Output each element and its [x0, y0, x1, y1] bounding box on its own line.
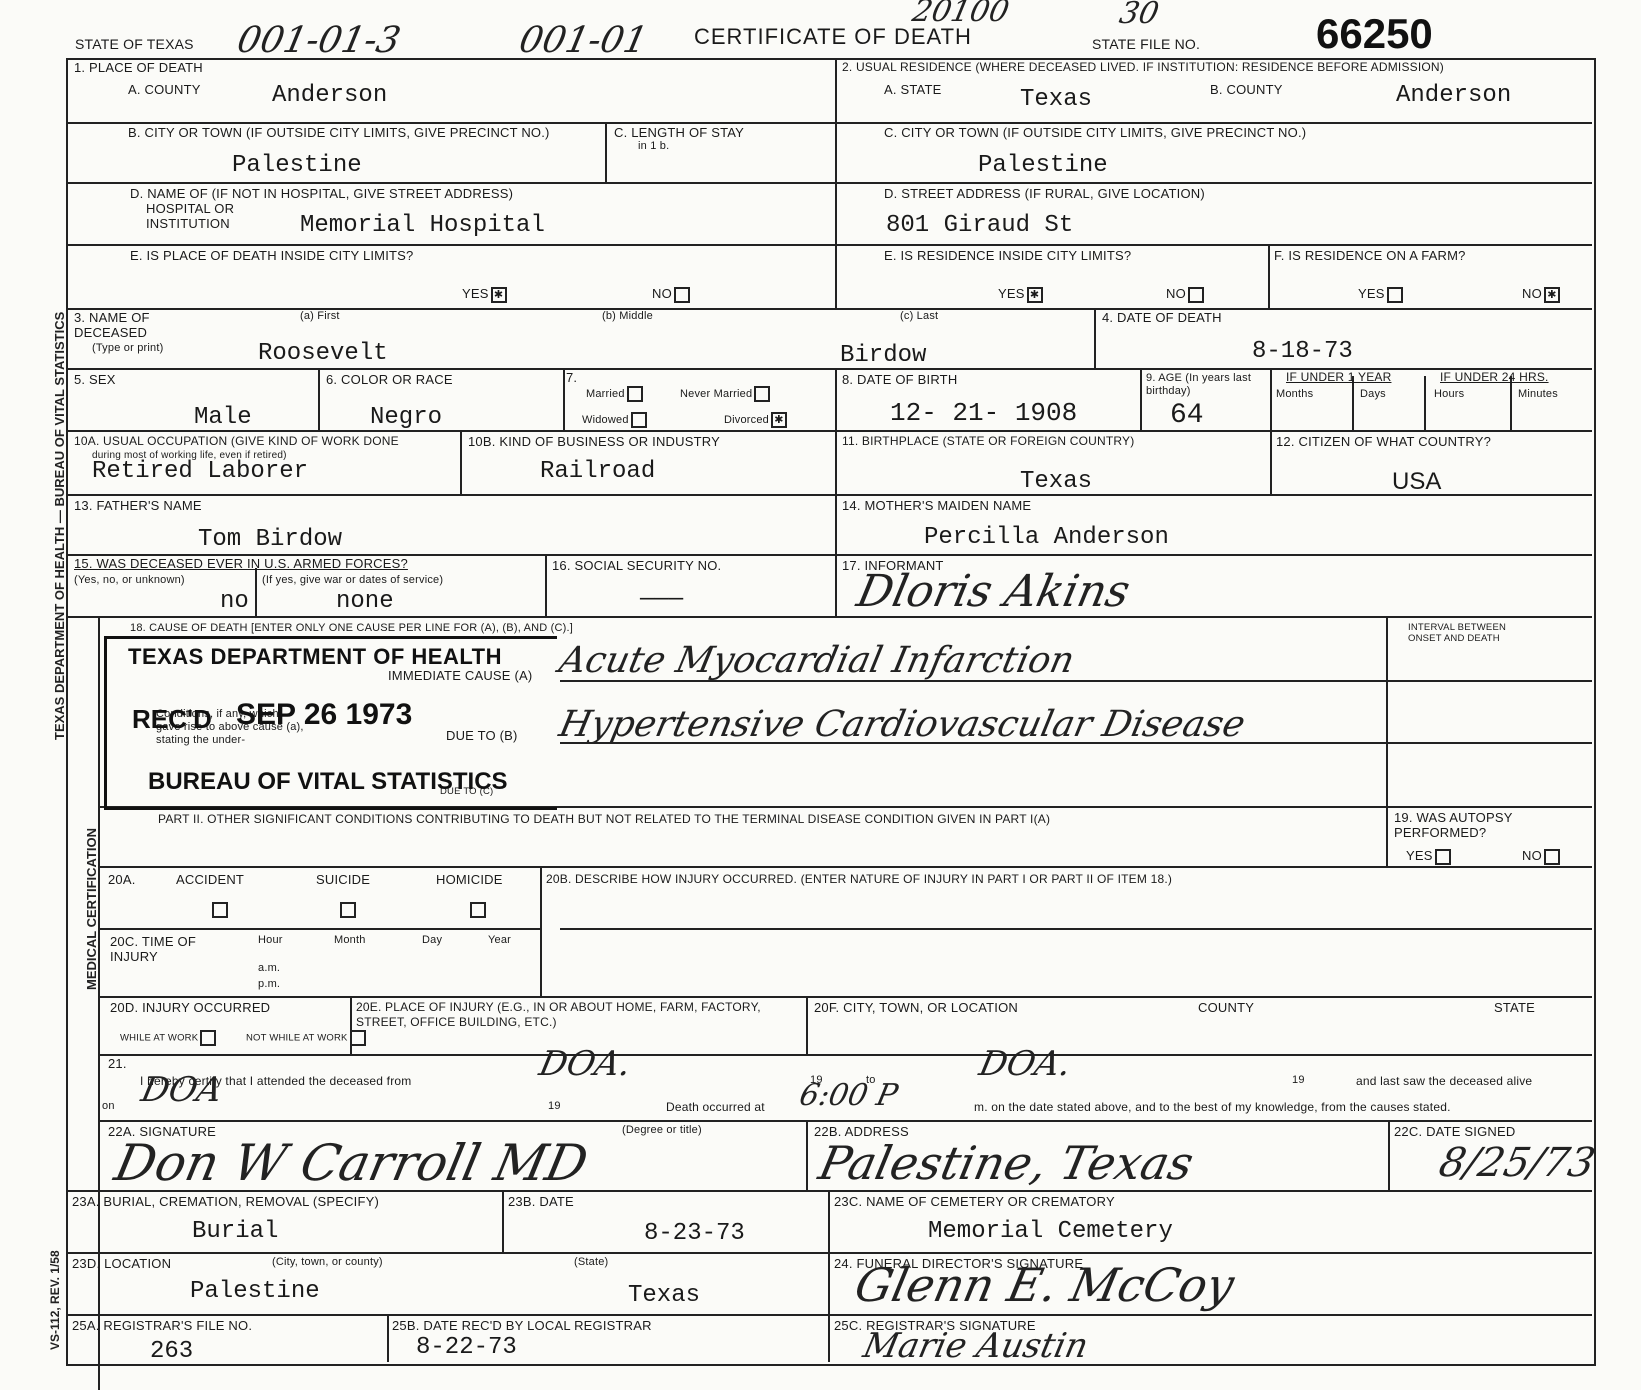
occupation-value[interactable]: Retired Laborer [92, 458, 308, 485]
middle-name-label: (b) Middle [602, 310, 653, 322]
place-of-death-label: 1. PLACE OF DEATH [74, 60, 203, 75]
divider [1352, 376, 1354, 430]
father-value[interactable]: Tom Birdow [198, 526, 342, 553]
marital-label: 7. [566, 370, 577, 385]
divider [387, 1314, 389, 1362]
race-value[interactable]: Negro [370, 404, 442, 431]
checkbox-yes[interactable] [1387, 287, 1403, 303]
form-revision-label: VS-112, REV. 1/58 [48, 1250, 62, 1350]
hours-label: Hours [1434, 388, 1464, 400]
divider [98, 1054, 1592, 1056]
divider [255, 568, 257, 616]
divider [66, 494, 1592, 496]
cemetery-value[interactable]: Memorial Cemetery [928, 1218, 1173, 1245]
death-county-value[interactable]: Anderson [272, 82, 387, 109]
divider [828, 1190, 830, 1362]
homicide-label: HOMICIDE [436, 872, 503, 887]
checkbox-married[interactable] [627, 386, 643, 402]
armed-forces-label: 15. WAS DECEASED EVER IN U.S. ARMED FORC… [74, 556, 408, 571]
degree-label: (Degree or title) [622, 1124, 702, 1136]
checkbox-yes[interactable]: ✱ [1027, 287, 1043, 303]
hospital-label: d. NAME OF (If not in hospital, give str… [130, 186, 513, 201]
mother-label: 14. MOTHER'S MAIDEN NAME [842, 498, 1031, 513]
describe-injury-label: 20b. DESCRIBE HOW INJURY OCCURRED. (Ente… [546, 872, 1172, 886]
checkbox-no[interactable] [1188, 287, 1204, 303]
death-city-label: b. CITY OR TOWN (If outside city limits,… [128, 125, 550, 140]
registrar-signature: Marie Austin [860, 1326, 1092, 1366]
ssn-value[interactable]: ——— [640, 586, 683, 613]
never-married-option[interactable]: Never Married [680, 386, 770, 402]
residence-inside-yes[interactable]: YES✱ [998, 286, 1043, 303]
divider [98, 866, 1592, 868]
registrar-file-value[interactable]: 263 [150, 1338, 193, 1365]
date-signed-value[interactable]: 8/25/73 [1435, 1140, 1599, 1186]
armed-sub-2: (If yes, give war or dates of service) [262, 574, 443, 586]
while-at-work-option[interactable]: WHILE AT WORK [120, 1030, 216, 1046]
divider [66, 182, 1592, 184]
attended-from-value[interactable]: DOA. [536, 1044, 635, 1084]
divider [66, 244, 1592, 246]
divider [98, 996, 1592, 998]
street-address-label: d. STREET ADDRESS (If rural, give locati… [884, 186, 1205, 201]
funeral-director-signature: Glenn E. McCoy [850, 1258, 1239, 1312]
date-received-label: 25b. DATE REC'D BY LOCAL REGISTRAR [392, 1318, 652, 1333]
divider [460, 430, 462, 494]
while-at-work-label: WHILE AT WORK [120, 1033, 198, 1044]
last-saw-value[interactable]: DOA [138, 1070, 226, 1110]
farm-label: f. IS RESIDENCE ON A FARM? [1274, 248, 1466, 263]
checkbox-widowed[interactable] [631, 412, 647, 428]
informant-signature: Dloris Akins [853, 566, 1135, 617]
physician-address-value[interactable]: Palestine, Texas [814, 1136, 1198, 1190]
never-married-label: Never Married [680, 388, 752, 400]
age-label: 9. AGE (In years last birthday) [1146, 372, 1266, 398]
certification-number: 21. [108, 1056, 127, 1071]
under-24-hours-label: IF UNDER 24 HRS. [1440, 370, 1549, 384]
manner-label: 20a. [108, 872, 136, 887]
divider [1268, 244, 1270, 308]
citizen-value[interactable]: USA [1392, 468, 1441, 496]
suicide-label: SUICIDE [316, 872, 370, 887]
ssn-label: 16. SOCIAL SECURITY NO. [552, 558, 721, 573]
residence-inside-limits-label: e. IS RESIDENCE INSIDE CITY LIMITS? [884, 248, 1131, 263]
yes-label: YES [1358, 286, 1385, 301]
name-sub-label: (Type or print) [92, 342, 163, 354]
stamp-department: TEXAS DEPARTMENT OF HEALTH [128, 644, 502, 670]
sex-label: 5. SEX [74, 372, 116, 387]
injury-county-label: COUNTY [1198, 1000, 1254, 1015]
death-city-value[interactable]: Palestine [232, 152, 362, 179]
under-one-year-label: IF UNDER 1 YEAR [1286, 370, 1391, 384]
hospital-label-3: INSTITUTION [146, 216, 230, 231]
hour-label: Hour [258, 934, 283, 946]
registrar-file-label: 25a. REGISTRAR'S FILE NO. [72, 1318, 252, 1333]
divider [98, 1120, 1592, 1122]
interval-label: INTERVAL BETWEEN ONSET AND DEATH [1408, 622, 1518, 644]
farm-yes[interactable]: YES [1358, 286, 1403, 303]
yes-label: YES [1406, 848, 1433, 863]
state-file-number: 66250 [1316, 10, 1433, 58]
time-of-injury-label: 20c. TIME OF INJURY [110, 934, 220, 964]
widowed-option[interactable]: Widowed [582, 412, 647, 428]
no-label: NO [652, 286, 672, 301]
pm-label: p.m. [258, 978, 280, 990]
divorced-label: Divorced [724, 414, 769, 426]
death-inside-yes[interactable]: YES✱ [462, 286, 507, 303]
divider [1510, 376, 1512, 430]
armed-sub-1: (Yes, no, or unknown) [74, 574, 185, 586]
name-of-deceased-label: 3. NAME OF DECEASED [74, 310, 194, 340]
part-two-label: PART II. OTHER SIGNIFICANT CONDITIONS CO… [158, 812, 1050, 826]
stamp-bureau: BUREAU OF VITAL STATISTICS [148, 768, 508, 796]
burial-date-label: 23b. DATE [508, 1194, 574, 1209]
divider [563, 368, 565, 430]
date-of-death-value[interactable]: 8-18-73 [1252, 338, 1353, 365]
autopsy-no[interactable]: NO [1522, 848, 1560, 865]
residence-city-label: c. CITY OR TOWN (If outside city limits,… [884, 125, 1306, 140]
occupation-label: 10a. USUAL OCCUPATION (Give kind of work… [74, 434, 399, 448]
checkbox-never-married[interactable] [754, 386, 770, 402]
not-while-at-work-option[interactable]: NOT WHILE AT WORK [246, 1030, 366, 1046]
no-label: NO [1166, 286, 1186, 301]
divider [66, 616, 1592, 618]
department-vertical-label: TEXAS DEPARTMENT OF HEALTH — BUREAU OF V… [52, 312, 67, 740]
nineteen-label-3: 19 [548, 1100, 561, 1112]
divider [98, 616, 100, 1390]
yes-label: YES [998, 286, 1025, 301]
on-label: on [102, 1100, 115, 1112]
autopsy-label: 19. WAS AUTOPSY PERFORMED? [1394, 810, 1584, 840]
first-name-value[interactable]: Roosevelt [258, 340, 388, 367]
am-label: a.m. [258, 962, 280, 974]
accident-label: ACCIDENT [176, 872, 244, 887]
divider [1424, 376, 1426, 430]
checkbox-not-while-at-work[interactable] [350, 1030, 366, 1046]
autopsy-yes[interactable]: YES [1406, 848, 1451, 865]
checkbox-no[interactable]: ✱ [1544, 287, 1560, 303]
industry-value[interactable]: Railroad [540, 458, 655, 485]
length-of-stay-label: c. LENGTH OF STAY [614, 125, 744, 140]
burial-date-value[interactable]: 8-23-73 [644, 1220, 745, 1247]
citizen-label: 12. CITIZEN OF WHAT COUNTRY? [1276, 434, 1491, 449]
no-label: NO [1522, 286, 1542, 301]
checkbox-autopsy-yes[interactable] [1435, 849, 1451, 865]
first-name-label: (a) First [300, 310, 340, 322]
divider [560, 928, 1592, 930]
residence-state-value[interactable]: Texas [1020, 86, 1092, 113]
divider [98, 928, 540, 930]
mother-value[interactable]: Percilla Anderson [924, 524, 1169, 551]
divider [605, 122, 607, 182]
due-to-b-value[interactable]: Hypertensive Cardiovascular Disease [556, 704, 1249, 745]
place-of-injury-label: 20e. PLACE OF INJURY (e.g., in or about … [356, 1000, 800, 1030]
usual-residence-label: 2. USUAL RESIDENCE (Where deceased lived… [842, 60, 1444, 74]
year-label: Year [488, 934, 511, 946]
birthplace-label: 11. BIRTHPLACE (State or foreign country… [842, 434, 1134, 448]
father-label: 13. FATHER'S NAME [74, 498, 202, 513]
married-option[interactable]: Married [586, 386, 643, 402]
not-while-at-work-label: NOT WHILE AT WORK [246, 1033, 348, 1044]
death-time-value[interactable]: 6:00 P [796, 1078, 901, 1113]
location-city-value[interactable]: Palestine [190, 1278, 320, 1305]
location-label: 23d. LOCATION [72, 1256, 171, 1271]
divider [1094, 308, 1096, 368]
handwritten-code-2: 001-01 [516, 20, 651, 61]
stamp-recd: REC'D [132, 704, 212, 735]
street-address-value[interactable]: 801 Giraud St [886, 212, 1073, 239]
disposition-value[interactable]: Burial [192, 1218, 278, 1245]
injury-state-label: STATE [1494, 1000, 1535, 1015]
handwritten-code-1: 001-01-3 [234, 20, 404, 61]
minutes-label: Minutes [1518, 388, 1558, 400]
hospital-label-2: HOSPITAL OR [146, 201, 234, 216]
race-label: 6. COLOR OR RACE [326, 372, 453, 387]
days-label: Days [1360, 388, 1386, 400]
length-of-stay-sub: in 1 b. [638, 140, 669, 152]
best-knowledge-text: m. on the date stated above, and to the … [974, 1100, 1451, 1114]
divider [1386, 806, 1388, 866]
immediate-cause-value[interactable]: Acute Myocardial Infarction [556, 640, 1078, 681]
stamp-date: SEP 26 1973 [236, 698, 412, 732]
date-signed-label: 22c. DATE SIGNED [1394, 1124, 1515, 1139]
armed-forces-value[interactable]: no [220, 588, 249, 615]
yes-label: YES [462, 286, 489, 301]
death-occurred-label: Death occurred at [666, 1100, 765, 1114]
no-label: NO [1522, 848, 1542, 863]
date-of-death-label: 4. DATE OF DEATH [1102, 310, 1222, 325]
checkbox-autopsy-no[interactable] [1544, 849, 1560, 865]
divider [545, 554, 547, 616]
location-state-sub-label: (State) [574, 1256, 608, 1268]
handwritten-above-file: 30 [1116, 0, 1162, 31]
checkbox-suicide[interactable] [340, 902, 356, 918]
dob-label: 8. DATE OF BIRTH [842, 372, 957, 387]
hospital-value[interactable]: Memorial Hospital [300, 212, 545, 239]
state-of-texas-label: STATE OF TEXAS [75, 36, 194, 52]
divider [66, 430, 1592, 432]
location-state-value[interactable]: Texas [628, 1282, 700, 1309]
state-file-label: STATE FILE NO. [1092, 36, 1200, 52]
checkbox-no[interactable] [674, 287, 690, 303]
checkbox-yes[interactable]: ✱ [491, 287, 507, 303]
divider [1388, 1120, 1390, 1190]
checkbox-while-at-work[interactable] [200, 1030, 216, 1046]
age-value[interactable]: 64 [1170, 400, 1204, 431]
checkbox-divorced[interactable]: ✱ [771, 412, 787, 428]
residence-city-value[interactable]: Palestine [978, 152, 1108, 179]
divider [540, 866, 542, 996]
residence-inside-no[interactable]: NO [1166, 286, 1204, 303]
divider [806, 996, 808, 1054]
residence-county-label: b. COUNTY [1210, 82, 1283, 97]
divider [1140, 368, 1142, 430]
residence-county-value[interactable]: Anderson [1396, 82, 1511, 109]
nineteen-label-2: 19 [1292, 1074, 1305, 1086]
residence-state-label: a. STATE [884, 82, 941, 97]
last-name-label: (c) Last [900, 310, 938, 322]
checkbox-homicide[interactable] [470, 902, 486, 918]
date-received-value[interactable]: 8-22-73 [416, 1334, 517, 1361]
injury-occurred-label: 20d. INJURY OCCURRED [110, 1000, 270, 1015]
checkbox-accident[interactable] [212, 902, 228, 918]
injury-city-label: 20f. CITY, TOWN, OR LOCATION [814, 1000, 1018, 1015]
divider [502, 1190, 504, 1252]
divider [66, 308, 1592, 310]
birthplace-value[interactable]: Texas [1020, 468, 1092, 495]
farm-no[interactable]: NO✱ [1522, 286, 1560, 303]
divider [318, 368, 320, 430]
cemetery-label: 23c. NAME OF CEMETERY OR CREMATORY [834, 1194, 1115, 1209]
location-sub-label: (City, town, or county) [272, 1256, 383, 1268]
death-county-label: a. COUNTY [128, 82, 201, 97]
married-label: Married [586, 388, 625, 400]
attended-to-value[interactable]: DOA. [976, 1044, 1075, 1084]
last-saw-text: and last saw the deceased alive [1356, 1074, 1532, 1088]
months-label: Months [1276, 388, 1313, 400]
disposition-label: 23a. BURIAL, CREMATION, REMOVAL (Specify… [72, 1194, 379, 1209]
divider [66, 1314, 1592, 1316]
industry-label: 10b. KIND OF BUSINESS OR INDUSTRY [468, 434, 720, 449]
divider [66, 1252, 1592, 1254]
physician-signature: Don W Carroll MD [110, 1134, 593, 1192]
handwritten-above-title: 20100 [909, 0, 1012, 29]
day-label: Day [422, 934, 442, 946]
divider [806, 1120, 808, 1190]
inside-city-limits-label: e. IS PLACE OF DEATH INSIDE CITY LIMITS? [130, 248, 413, 263]
cause-of-death-label: 18. CAUSE OF DEATH [Enter only one cause… [130, 622, 573, 634]
divorced-option[interactable]: Divorced✱ [724, 412, 787, 428]
widowed-label: Widowed [582, 414, 629, 426]
armed-service-value[interactable]: none [336, 588, 394, 615]
death-inside-no[interactable]: NO [652, 286, 690, 303]
divider [66, 122, 1592, 124]
dob-value[interactable]: 12- 21- 1908 [890, 398, 1077, 428]
month-label: Month [334, 934, 366, 946]
last-name-value[interactable]: Birdow [840, 342, 926, 369]
sex-value[interactable]: Male [194, 404, 252, 431]
